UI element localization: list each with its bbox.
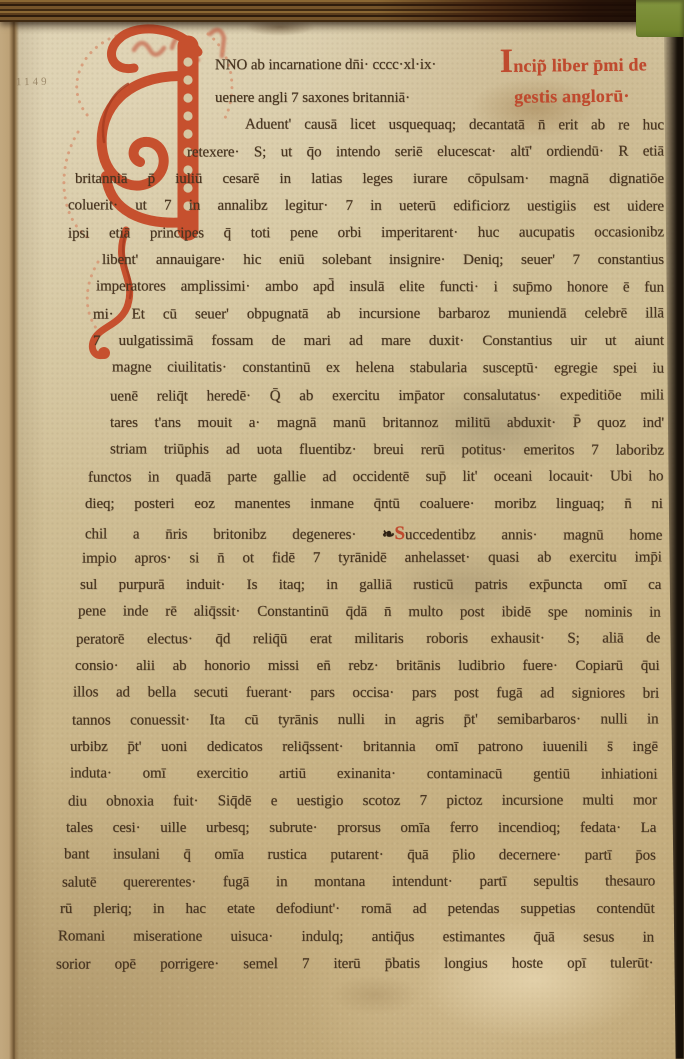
text-line-19: impio apros· si n̄ ot fidē 7 tyrānidē an… [82,549,662,574]
text-line-7: ipsi etiā principes q̄ toti pene orbi im… [68,225,664,250]
text-line-1: NNO ab incarnatione dn̄i· cccc·xl·ix· [215,57,505,82]
text-line-9: imperatores amplissimi· ambo apd̄ insulā… [96,279,664,304]
text-line-2: uenere angli 7 saxones britanniā· [215,90,410,114]
paraph-ornament: ❧ [382,527,395,543]
text-line-31: salutē quererentes· fugā in montana inte… [62,874,655,899]
text-line-11: 7 uulgatissimā fossam de mari ad mare du… [93,333,664,357]
text-line-26: urbibz p̄t' uoni dedicatos reliq̄ssent· … [70,739,658,763]
text-line-16: functos in quadā parte gallie ad occiden… [88,468,663,493]
binding-edge [0,0,684,22]
text-line-15: striam triūphis ad uota fluentibz· breui… [110,441,664,466]
text-line-33: Romani miseratione uisuca· indulq; antiq… [58,928,654,953]
text-segment: uccedentibz annis· magnū home [405,527,662,544]
text-line-30: bant insulani q̄ omīa rustica putarent· … [64,847,656,872]
text-line-13: uenē reliq̄t heredē· Q̄ ab exercitu imp̄… [110,387,664,412]
text-line-25: tannos conuessit· Ita cū tyrānis nulli i… [72,711,659,736]
text-block: NNO ab incarnatione dn̄i· cccc·xl·ix·uen… [0,0,684,1059]
text-line-20: sul purpurā induit· Is itaq; in galliā r… [80,577,661,601]
text-line-17: dieq; posteri eoz manentes inmane q̄ntū … [85,496,663,520]
text-line-8: libent' annauigare· hic eniū solebant in… [102,252,664,276]
text-line-29: tales cesi· uille urbesq; subrute· prors… [66,820,656,844]
text-line-3: Aduent' causā licet usquequaq; decantatā… [245,117,664,142]
manuscript-photo: 1149 Incip̃ liber p̄mi de gestis anglorū… [0,0,684,1059]
text-line-32: rū pleriq; in hac etate defodiunt'· romā… [60,901,655,925]
text-line-4: retexere· S; ut q̄o intendo seriē eluces… [187,144,664,169]
text-segment: chil a n̄ris britonibz degeneres· [85,526,382,543]
text-line-5: britanniā p̄ iuliū cesarē in latias lege… [75,171,664,195]
text-line-21: pene inde rē aliq̄ssit· Constantinū q̄dā… [78,603,661,628]
text-line-10: mi· Et cū seuer' obpugnatā ab incursione… [93,306,664,331]
text-line-24: illos ad bella secuti fuerant· pars occi… [73,684,659,709]
text-line-28: diu obnoxia fuit· Siq̄dē e uestigio scot… [68,793,657,818]
text-line-34: sorior opē porrigere· semel 7 iterū p̄ba… [56,955,654,980]
text-line-22: peratorē electus· q̄d reliq̄ū erat milit… [76,630,660,655]
bookmark-tab [636,0,684,37]
text-line-6: coluerit· ut 7 in annalibz legitur· 7 in… [68,198,664,223]
littera-notabilior: S [395,523,406,544]
text-line-12: magne ciuilitatis· constantinū ex helena… [112,360,664,385]
text-line-27: induta· omī exercitio artiū exinanita· c… [70,766,657,791]
text-line-14: tares t'ans mouit a· magnā manū britanno… [110,415,664,439]
text-line-18: chil a n̄ris britonibz degeneres· ❧Succe… [85,522,662,547]
text-line-23: consio· alii ab honorio missi en̄ rebz· … [75,658,660,682]
